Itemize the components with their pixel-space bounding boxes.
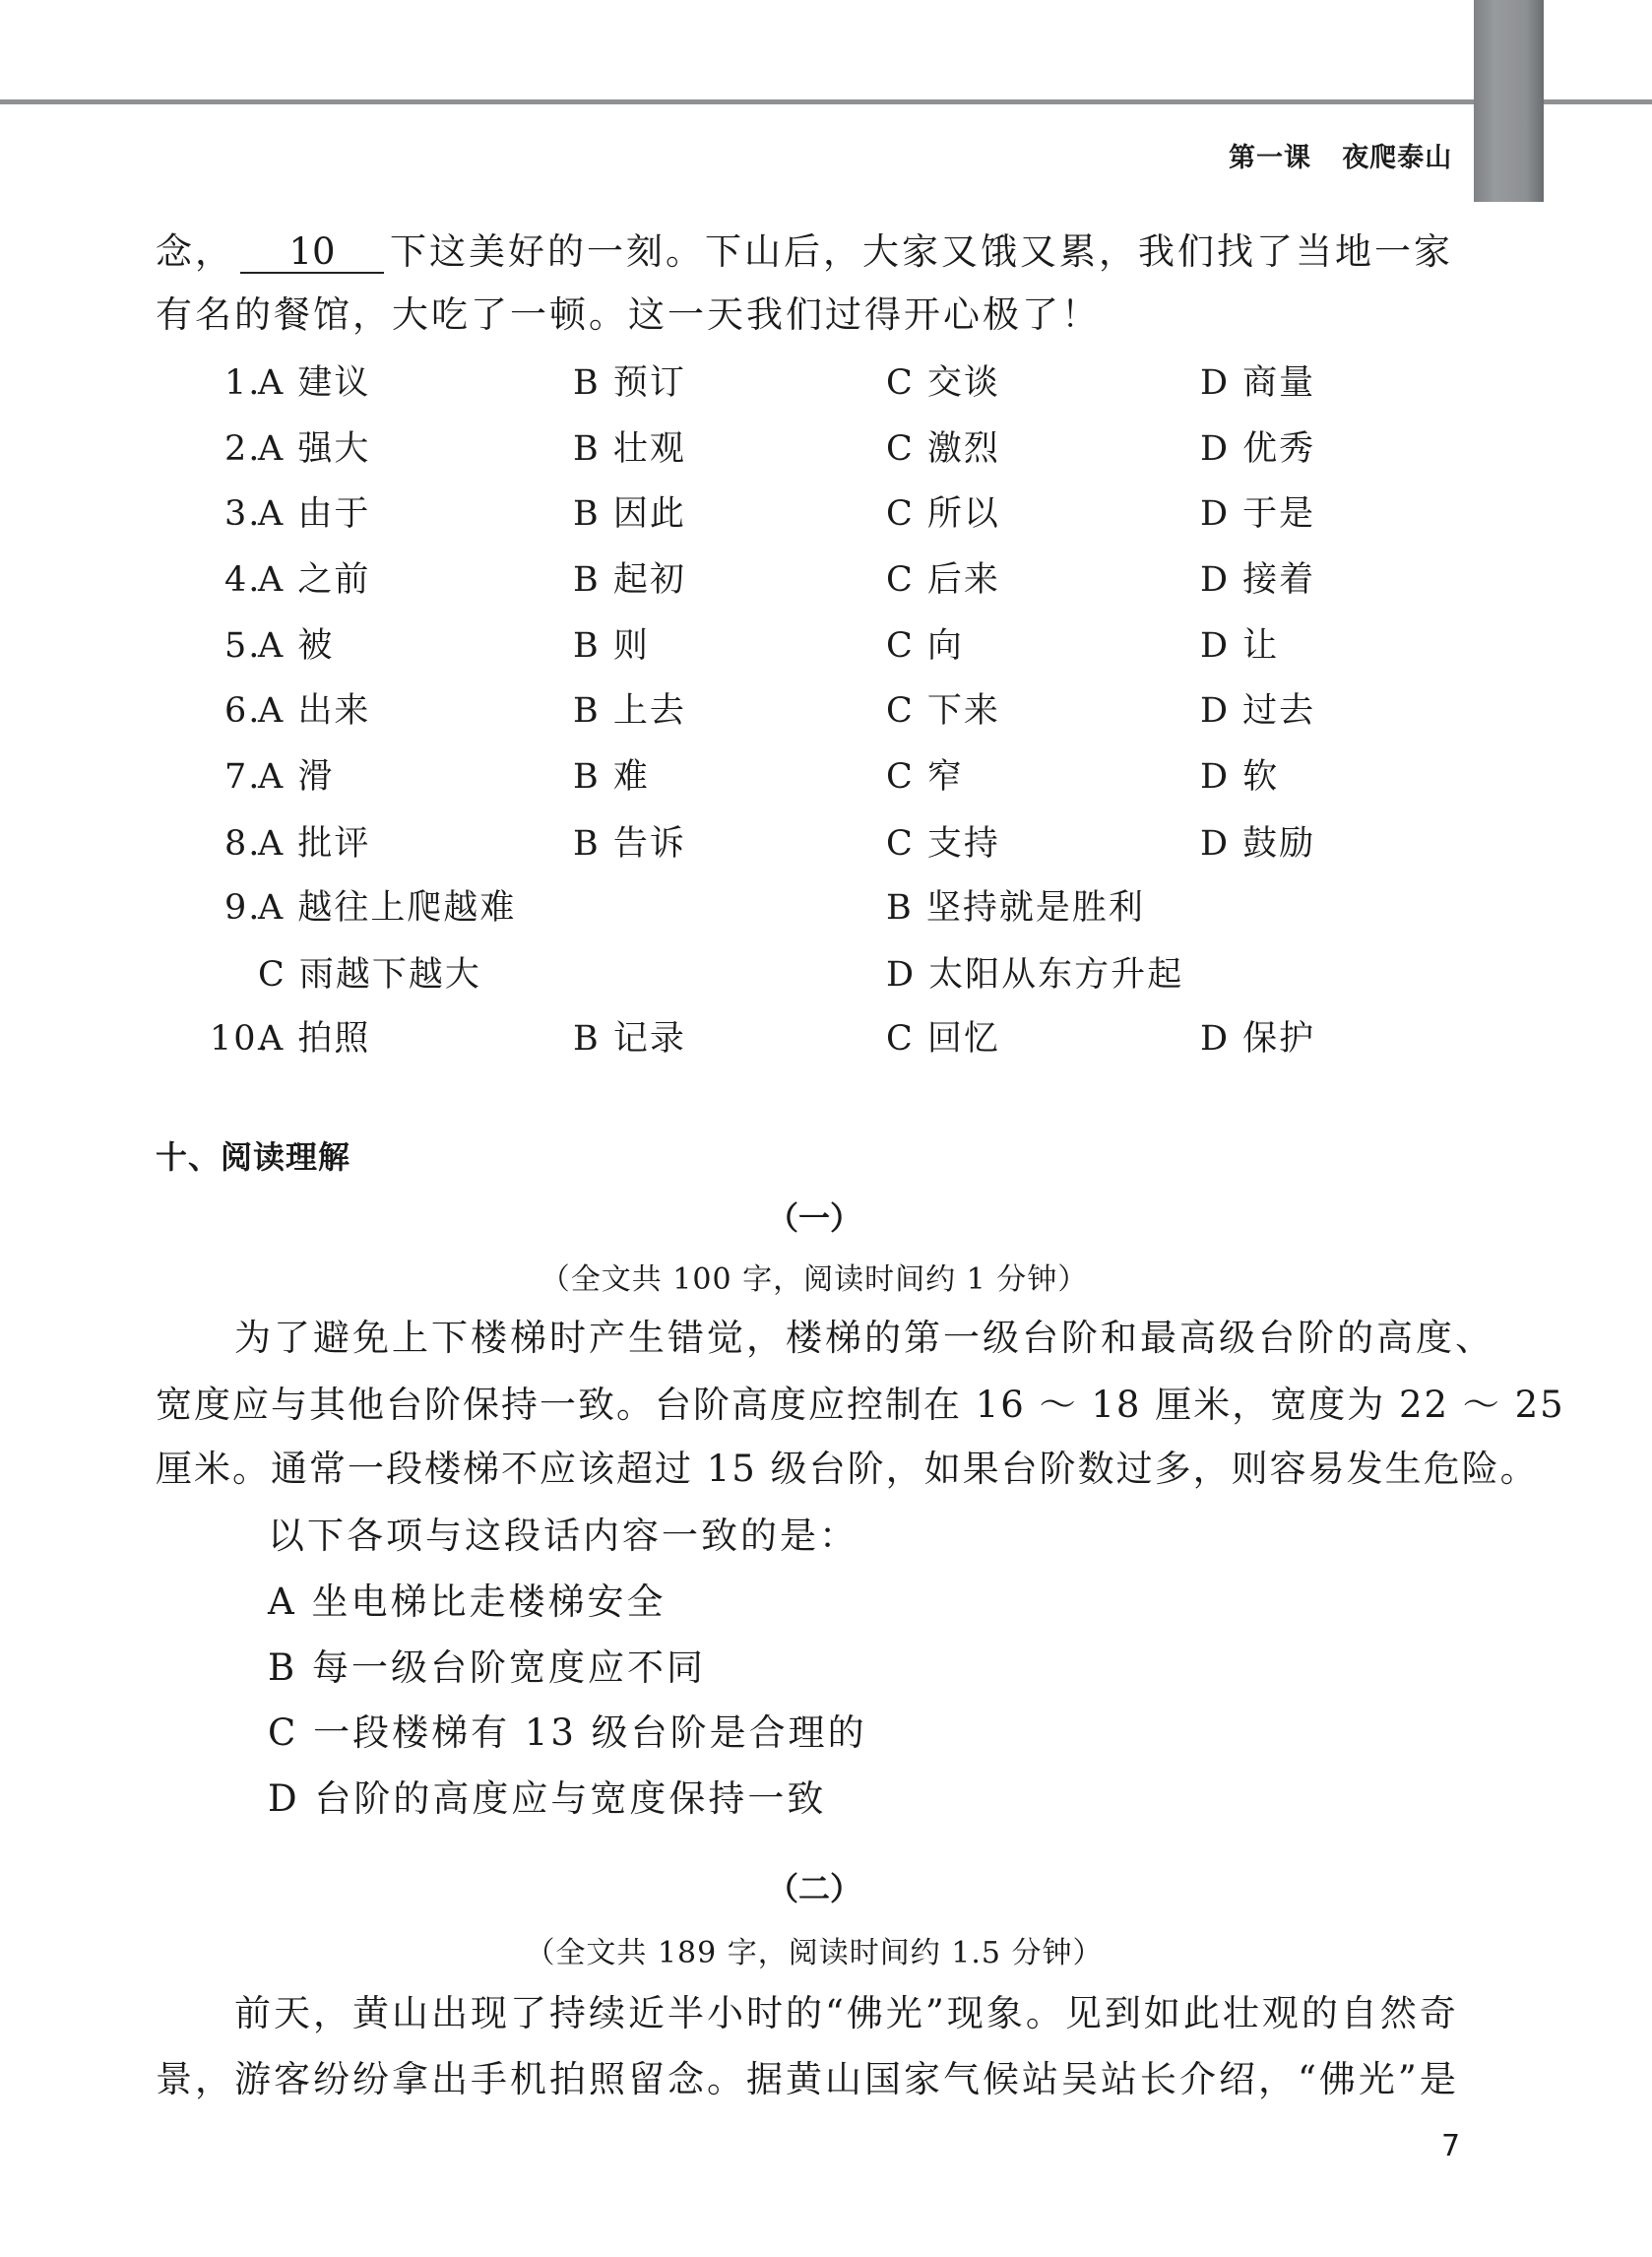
option-d: D 让 <box>1200 624 1279 668</box>
option-a: A 由于 <box>258 492 370 536</box>
option-a: A 建议 <box>258 361 370 405</box>
option-c: C 后来 <box>886 558 1000 602</box>
option-b: B 坚持就是胜利 <box>886 886 1145 930</box>
option-b: B 预订 <box>573 361 686 405</box>
option-b: B 起初 <box>573 558 686 602</box>
option-a: A 出来 <box>258 689 370 733</box>
option-d: D 太阳从东方升起 <box>886 953 1183 997</box>
option-d: D 过去 <box>1200 689 1315 733</box>
question-number: 2. <box>224 427 261 471</box>
question-number: 8. <box>224 822 261 866</box>
part-1-option-c: C 一段楼梯有 13 级台阶是合理的 <box>268 1711 867 1755</box>
header-rule <box>0 99 1652 104</box>
part-1-option-b: B 每一级台阶宽度应不同 <box>268 1646 706 1690</box>
question-number: 4. <box>224 558 261 602</box>
page-number: 7 <box>1441 2129 1460 2163</box>
part-1-paragraph-line: 宽度应与其他台阶保持一致。台阶高度应控制在 16 ～ 18 厘米，宽度为 22 … <box>156 1384 1565 1427</box>
part-1-question: 以下各项与这段话内容一致的是： <box>268 1515 858 1558</box>
option-a: A 滑 <box>258 755 334 799</box>
option-c: C 窄 <box>886 755 964 799</box>
option-c: C 支持 <box>886 822 1000 866</box>
option-b: B 难 <box>573 755 650 799</box>
option-c: C 回忆 <box>886 1017 1000 1061</box>
passage-line-1-prefix: 念， <box>156 230 234 273</box>
option-a: A 批评 <box>258 822 370 866</box>
option-c: C 下来 <box>886 689 1000 733</box>
option-b: B 因此 <box>573 492 686 536</box>
chapter-title: 第一课 夜爬泰山 <box>1229 136 1452 174</box>
option-b: B 壮观 <box>573 427 686 471</box>
question-number: 9. <box>224 886 261 930</box>
option-a: A 拍照 <box>258 1017 370 1061</box>
question-number: 1. <box>224 361 261 405</box>
option-c: C 向 <box>886 624 964 668</box>
option-d: D 优秀 <box>1200 427 1315 471</box>
part-2-paragraph-line: 前天，黄山出现了持续近半小时的“佛光”现象。见到如此壮观的自然奇 <box>234 1992 1459 2035</box>
part-1-option-d: D 台阶的高度应与宽度保持一致 <box>268 1777 826 1821</box>
chapter-tab-marker <box>1474 0 1544 202</box>
passage-line-2: 有名的餐馆，大吃了一顿。这一天我们过得开心极了！ <box>156 293 1101 337</box>
passage-line-1: 念，10下这美好的一刻。下山后，大家又饿又累，我们找了当地一家 <box>156 230 1453 274</box>
question-number: 3. <box>224 492 261 536</box>
option-c: C 雨越下越大 <box>258 953 481 997</box>
option-d: D 接着 <box>1200 558 1315 602</box>
option-c: C 所以 <box>886 492 1000 536</box>
option-c: C 激烈 <box>886 427 1000 471</box>
option-c: C 交谈 <box>886 361 1000 405</box>
part-1-option-a: A 坐电梯比走楼梯安全 <box>268 1580 666 1624</box>
option-b: B 则 <box>573 624 650 668</box>
part-1-paragraph-line: 为了避免上下楼梯时产生错觉，楼梯的第一级台阶和最高级台阶的高度、 <box>234 1317 1494 1360</box>
question-number: 6. <box>224 689 261 733</box>
option-d: D 于是 <box>1200 492 1315 536</box>
option-b: B 上去 <box>573 689 686 733</box>
option-a: A 之前 <box>258 558 370 602</box>
option-d: D 软 <box>1200 755 1279 799</box>
part-1-paragraph-line: 厘米。通常一段楼梯不应该超过 15 级台阶，如果台阶数过多，则容易发生危险。 <box>156 1448 1539 1491</box>
blank-10: 10 <box>240 232 384 274</box>
option-b: B 告诉 <box>573 822 686 866</box>
option-a: A 强大 <box>258 427 370 471</box>
section-title: 十、阅读理解 <box>156 1132 350 1178</box>
option-b: B 记录 <box>573 1017 686 1061</box>
option-d: D 鼓励 <box>1200 822 1315 866</box>
part-2-subtitle: （全文共 189 字，阅读时间约 1.5 分钟） <box>525 1928 1103 1971</box>
option-a: A 被 <box>258 624 334 668</box>
part-2-paragraph-line: 景，游客纷纷拿出手机拍照留念。据黄山国家气候站吴站长介绍，“佛光”是 <box>156 2058 1459 2101</box>
question-number: 7. <box>224 755 261 799</box>
option-d: D 商量 <box>1200 361 1315 405</box>
question-number: 5. <box>224 624 261 668</box>
part-1-title: （一） <box>767 1193 861 1239</box>
part-1-subtitle: （全文共 100 字，阅读时间约 1 分钟） <box>540 1255 1089 1298</box>
part-2-title: （二） <box>767 1864 861 1909</box>
option-a: A 越往上爬越难 <box>258 886 516 930</box>
passage-line-1-suffix: 下这美好的一刻。下山后，大家又饿又累，我们找了当地一家 <box>390 230 1453 273</box>
option-d: D 保护 <box>1200 1017 1315 1061</box>
